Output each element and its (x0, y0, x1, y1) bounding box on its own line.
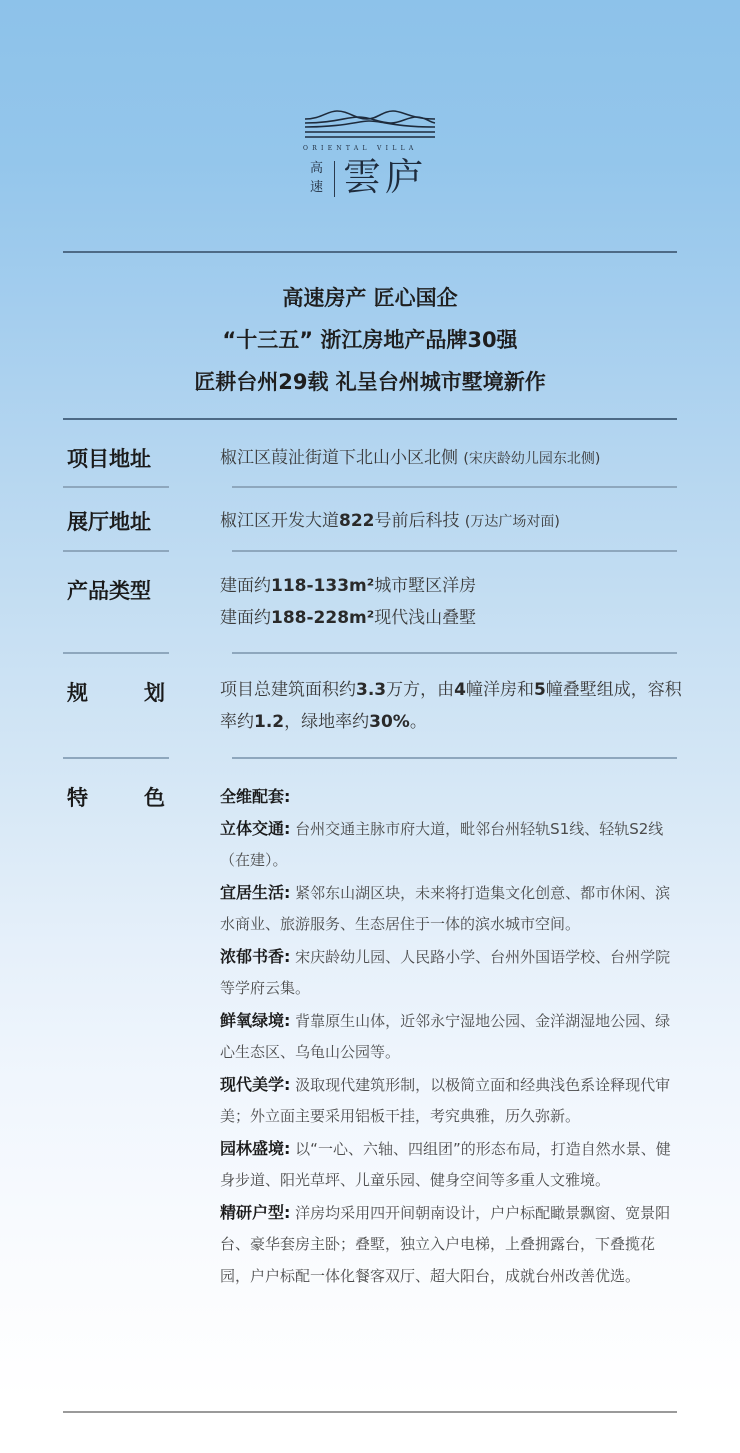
label-features: 特 色 (67, 782, 165, 812)
logo-divider (334, 161, 335, 197)
feature-item-greenery: 鲜氧绿境: 背靠原生山体，近邻永宁湿地公园、金洋湖湿地公园、绿心生态区、乌龟山公… (220, 1005, 680, 1069)
product-line-1: 建面约118-133m²城市墅区洋房 (220, 570, 685, 602)
showroom-text-2: 号前后科技 (375, 511, 460, 531)
plan-text: 幢洋房和 (466, 680, 534, 700)
plan-text: 。 (410, 712, 427, 732)
address-text: 椒江区葭沚街道下北山小区北侧 (220, 448, 458, 468)
product-1-type: 城市墅区洋房 (374, 576, 476, 596)
plan-villa-count: 5 (534, 680, 546, 700)
divider-value-1 (232, 486, 677, 488)
feature-title: 宜居生活: (220, 883, 290, 902)
divider-info-top (63, 418, 677, 420)
feature-item-transport: 立体交通: 台州交通主脉市府大道，毗邻台州轻轨S1线、轻轨S2线（在建）。 (220, 813, 680, 877)
showroom-text-1: 椒江区开发大道 (220, 511, 339, 531)
showroom-note: (万达广场对面) (465, 514, 560, 530)
slogan-line-1: 高速房产 匠心国企 (0, 282, 740, 312)
plan-apartment-count: 4 (454, 680, 466, 700)
plan-green-ratio: 30% (369, 712, 410, 732)
feature-title: 立体交通: (220, 819, 290, 838)
feature-title: 现代美学: (220, 1075, 290, 1094)
feature-item-living: 宜居生活: 紧邻东山湖区块，未来将打造集文化创意、都市休闲、滨水商业、旅游服务、… (220, 877, 680, 941)
features-list: 全维配套: 立体交通: 台州交通主脉市府大道，毗邻台州轻轨S1线、轻轨S2线（在… (220, 781, 680, 1292)
divider-value-3 (232, 652, 677, 654)
logo-english-text: ORIENTAL VILLA (303, 145, 437, 152)
slogan-line-3: 匠耕台州29载 礼呈台州城市墅境新作 (0, 366, 740, 396)
slogan-line-2: “十三五” 浙江房地产品牌30强 (0, 324, 740, 354)
features-heading: 全维配套: (220, 781, 680, 813)
divider-label-3 (63, 652, 169, 654)
divider-value-2 (232, 550, 677, 552)
product-1-area: 118-133m² (271, 576, 374, 596)
logo-char-su: 速 (310, 178, 324, 197)
planning-char-1: 规 (67, 677, 88, 707)
plan-text: 万方，由 (386, 680, 454, 700)
label-planning: 规 划 (67, 677, 165, 707)
product-2-area: 188-228m² (271, 608, 374, 628)
value-product-type: 建面约118-133m²城市墅区洋房 建面约188-228m²现代浅山叠墅 (220, 570, 685, 634)
divider-label-2 (63, 550, 169, 552)
label-project-address: 项目地址 (67, 443, 165, 473)
brand-logo: ORIENTAL VILLA 高 速 雲庐 (303, 108, 437, 200)
value-project-address: 椒江区葭沚街道下北山小区北侧 (宋庆龄幼儿园东北侧) (220, 442, 685, 475)
product-2-pre: 建面约 (220, 608, 271, 628)
planning-char-2: 划 (144, 677, 165, 707)
logo-char-gao: 高 (310, 159, 324, 178)
value-showroom-address: 椒江区开发大道822号前后科技 (万达广场对面) (220, 505, 685, 538)
plan-far: 1.2 (254, 712, 284, 732)
feature-item-education: 浓郁书香: 宋庆龄幼儿园、人民路小学、台州外国语学校、台州学院等学府云集。 (220, 941, 680, 1005)
feature-item-floorplan: 精研户型: 洋房均采用四开间朝南设计，户户标配瞰景飘窗、宽景阳台、豪华套房主卧；… (220, 1197, 680, 1293)
feature-title: 浓郁书香: (220, 947, 290, 966)
feature-title: 鲜氧绿境: (220, 1011, 290, 1030)
value-planning: 项目总建筑面积约3.3万方，由4幢洋房和5幢叠墅组成，容积率约1.2，绿地率约3… (220, 674, 685, 738)
feature-title: 精研户型: (220, 1203, 290, 1222)
showroom-number: 822 (339, 511, 375, 531)
feature-item-garden: 园林盛境: 以“一心、六轴、四组团”的形态布局，打造自然水景、健身步道、阳光草坪… (220, 1133, 680, 1197)
divider-top (63, 251, 677, 253)
divider-label-4 (63, 757, 169, 759)
mountain-waves-icon (303, 108, 437, 142)
product-2-type: 现代浅山叠墅 (374, 608, 476, 628)
address-note: (宋庆龄幼儿园东北侧) (463, 451, 600, 467)
label-showroom-address: 展厅地址 (67, 506, 165, 536)
product-line-2: 建面约188-228m²现代浅山叠墅 (220, 602, 685, 634)
features-char-2: 色 (144, 782, 165, 812)
feature-title: 园林盛境: (220, 1139, 290, 1158)
logo-title: 雲庐 (343, 156, 427, 198)
features-char-1: 特 (67, 782, 88, 812)
divider-label-1 (63, 486, 169, 488)
divider-bottom (63, 1411, 677, 1413)
logo-small-chinese: 高 速 (310, 159, 324, 197)
label-product-type: 产品类型 (67, 575, 165, 605)
plan-text: ，绿地率约 (284, 712, 369, 732)
feature-item-aesthetics: 现代美学: 汲取现代建筑形制，以极简立面和经典浅色系诠释现代审美；外立面主要采用… (220, 1069, 680, 1133)
plan-text: 项目总建筑面积约 (220, 680, 356, 700)
plan-gfa: 3.3 (356, 680, 386, 700)
product-1-pre: 建面约 (220, 576, 271, 596)
divider-value-4 (232, 757, 677, 759)
